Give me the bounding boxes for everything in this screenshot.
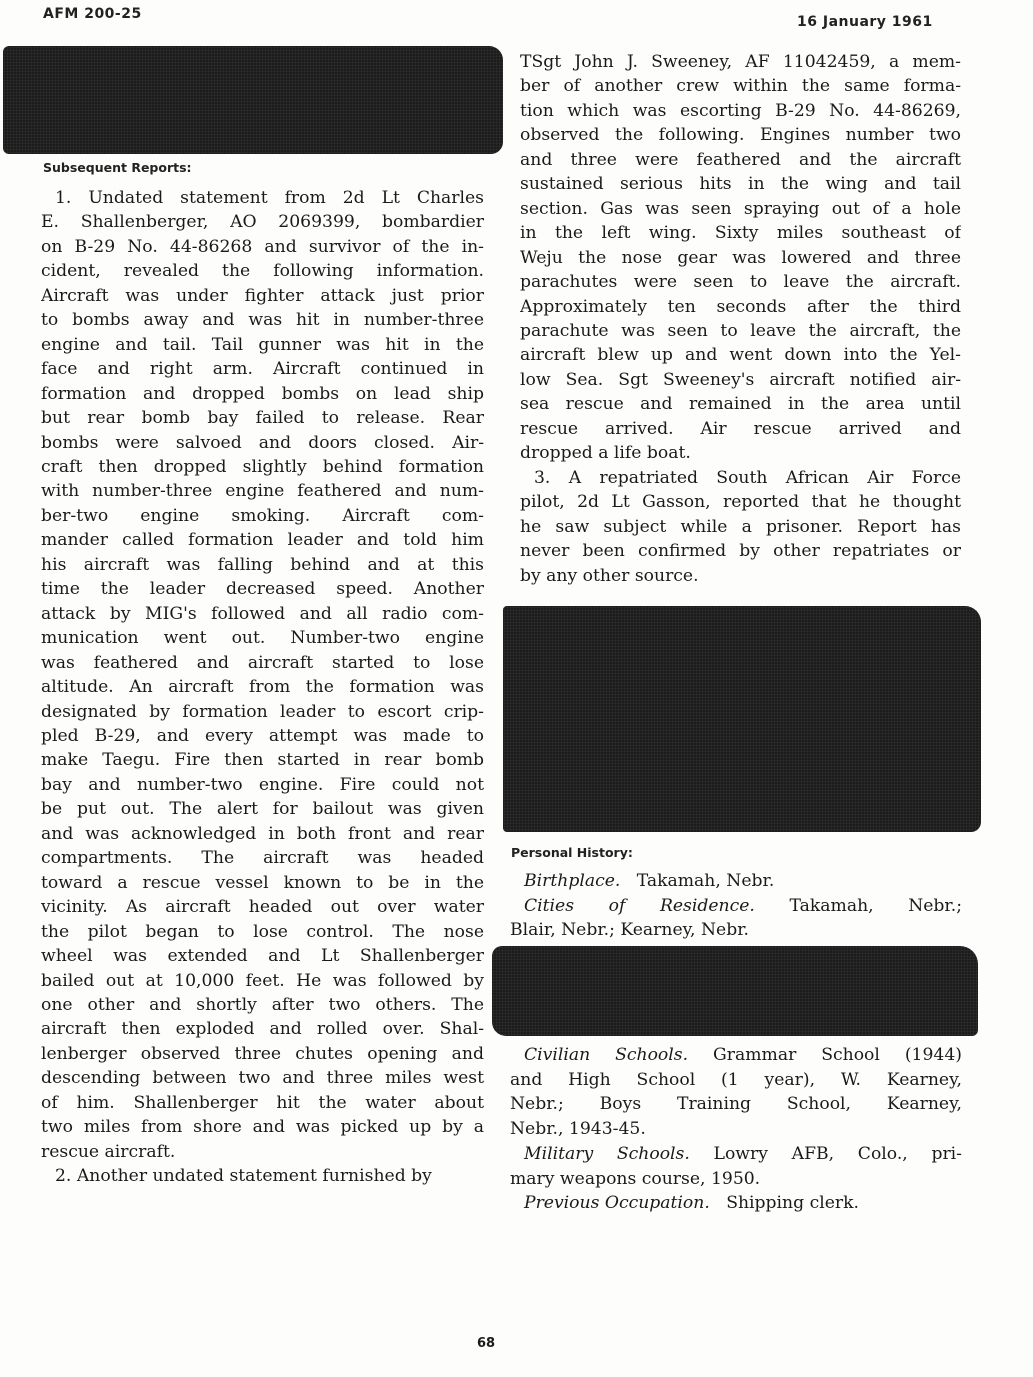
text-line: be put out. The alert for bailout was gi… bbox=[41, 797, 484, 821]
document-number: AFM 200-25 bbox=[43, 6, 142, 22]
text-line: engine and tail. Tail gunner was hit in … bbox=[41, 333, 484, 357]
text-line: of him. Shallenberger hit the water abou… bbox=[41, 1091, 484, 1115]
civilian-schools-value: Grammar School (1944) bbox=[713, 1045, 962, 1065]
occupation-label: Previous Occupation. bbox=[524, 1193, 710, 1213]
page-number: 68 bbox=[477, 1336, 495, 1351]
residence-line-2: Blair, Nebr.; Kearney, Nebr. bbox=[510, 918, 962, 943]
text-line: but rear bomb bay failed to release. Rea… bbox=[41, 406, 484, 430]
text-line: vicinity. As aircraft headed out over wa… bbox=[41, 895, 484, 919]
text-line: and was acknowledged in both front and r… bbox=[41, 822, 484, 846]
text-line: on B-29 No. 44-86268 and survivor of the… bbox=[41, 235, 484, 259]
text-line: compartments. The aircraft was headed bbox=[41, 846, 484, 870]
text-line: was feathered and aircraft started to lo… bbox=[41, 651, 484, 675]
text-line: lenberger observed three chutes opening … bbox=[41, 1042, 484, 1066]
civilian-schools-line-4: Nebr., 1943-45. bbox=[510, 1117, 962, 1142]
text-line: parachutes were seen to leave the aircra… bbox=[520, 270, 961, 294]
text-line: wheel was extended and Lt Shallenberger bbox=[41, 944, 484, 968]
text-line: bay and number-two engine. Fire could no… bbox=[41, 773, 484, 797]
text-line: section. Gas was seen spraying out of a … bbox=[520, 197, 961, 221]
personal-history-heading: Personal History: bbox=[511, 845, 633, 860]
residence-value: Takamah, Nebr.; bbox=[790, 896, 963, 916]
subsequent-reports-heading: Subsequent Reports: bbox=[43, 160, 192, 175]
text-line: ber of another crew within the same form… bbox=[520, 74, 961, 98]
text-line: face and right arm. Aircraft continued i… bbox=[41, 357, 484, 381]
text-line: aircraft blew up and went down into the … bbox=[520, 343, 961, 367]
text-line: his aircraft was falling behind and at t… bbox=[41, 553, 484, 577]
text-line: 1. Undated statement from 2d Lt Charles bbox=[41, 186, 484, 210]
text-line: he saw subject while a prisoner. Report … bbox=[520, 515, 961, 539]
text-line: TSgt John J. Sweeney, AF 11042459, a mem… bbox=[520, 50, 961, 74]
text-line: formation and dropped bombs on lead ship bbox=[41, 382, 484, 406]
text-line: designated by formation leader to escort… bbox=[41, 700, 484, 724]
text-line: the pilot began to lose control. The nos… bbox=[41, 920, 484, 944]
text-line: to bombs away and was hit in number-thre… bbox=[41, 308, 484, 332]
redaction-block-lower bbox=[492, 946, 978, 1036]
text-line: craft then dropped slightly behind forma… bbox=[41, 455, 484, 479]
military-schools-line: Military Schools. Lowry AFB, Colo., pri- bbox=[510, 1142, 962, 1167]
text-line: aircraft then exploded and rolled over. … bbox=[41, 1017, 484, 1041]
text-line: low Sea. Sgt Sweeney's aircraft notified… bbox=[520, 368, 961, 392]
text-line: E. Shallenberger, AO 2069399, bombardier bbox=[41, 210, 484, 234]
text-line: Aircraft was under fighter attack just p… bbox=[41, 284, 484, 308]
text-line: dropped a life boat. bbox=[520, 441, 961, 465]
redaction-block-middle bbox=[503, 606, 981, 832]
text-line: pilot, 2d Lt Gasson, reported that he th… bbox=[520, 490, 961, 514]
text-line: sustained serious hits in the wing and t… bbox=[520, 172, 961, 196]
text-line: time the leader decreased speed. Another bbox=[41, 577, 484, 601]
right-column: TSgt John J. Sweeney, AF 11042459, a mem… bbox=[520, 50, 961, 588]
civilian-schools-line: Civilian Schools. Grammar School (1944) bbox=[510, 1043, 962, 1068]
document-date: 16 January 1961 bbox=[797, 14, 933, 30]
text-line: mander called formation leader and told … bbox=[41, 528, 484, 552]
text-line: toward a rescue vessel known to be in th… bbox=[41, 871, 484, 895]
text-line: Weju the nose gear was lowered and three bbox=[520, 246, 961, 270]
text-line: tion which was escorting B-29 No. 44-862… bbox=[520, 99, 961, 123]
birthplace-label: Birthplace. bbox=[524, 871, 620, 891]
text-line: parachute was seen to leave the aircraft… bbox=[520, 319, 961, 343]
text-line: attack by MIG's followed and all radio c… bbox=[41, 602, 484, 626]
text-line: pled B-29, and every attempt was made to bbox=[41, 724, 484, 748]
text-line: two miles from shore and was picked up b… bbox=[41, 1115, 484, 1139]
text-line: rescue aircraft. bbox=[41, 1140, 484, 1164]
text-line: and three were feathered and the aircraf… bbox=[520, 148, 961, 172]
birthplace-line: Birthplace. Takamah, Nebr. bbox=[510, 869, 962, 894]
text-line: bombs were salvoed and doors closed. Air… bbox=[41, 431, 484, 455]
text-line: Approximately ten seconds after the thir… bbox=[520, 295, 961, 319]
text-line: rescue arrived. Air rescue arrived and bbox=[520, 417, 961, 441]
text-line: altitude. An aircraft from the formation… bbox=[41, 675, 484, 699]
civilian-schools-line-2: and High School (1 year), W. Kearney, bbox=[510, 1068, 962, 1093]
occupation-value: Shipping clerk. bbox=[726, 1193, 859, 1213]
civilian-schools-label: Civilian Schools. bbox=[524, 1045, 688, 1065]
text-line: in the left wing. Sixty miles southeast … bbox=[520, 221, 961, 245]
text-line: descending between two and three miles w… bbox=[41, 1066, 484, 1090]
text-line: make Taegu. Fire then started in rear bo… bbox=[41, 748, 484, 772]
occupation-line: Previous Occupation. Shipping clerk. bbox=[510, 1191, 962, 1216]
personal-history-bottom: Civilian Schools. Grammar School (1944) … bbox=[510, 1043, 962, 1216]
text-line: never been confirmed by other repatriate… bbox=[520, 539, 961, 563]
text-line: observed the following. Engines number t… bbox=[520, 123, 961, 147]
personal-history-top: Birthplace. Takamah, Nebr. Cities of Res… bbox=[510, 869, 962, 943]
military-schools-value: Lowry AFB, Colo., pri- bbox=[714, 1144, 962, 1164]
residence-line: Cities of Residence. Takamah, Nebr.; bbox=[510, 894, 962, 919]
text-line: munication went out. Number-two engine bbox=[41, 626, 484, 650]
left-column: 1. Undated statement from 2d Lt CharlesE… bbox=[41, 186, 484, 1189]
text-line: bailed out at 10,000 feet. He was follow… bbox=[41, 969, 484, 993]
civilian-schools-line-3: Nebr.; Boys Training School, Kearney, bbox=[510, 1092, 962, 1117]
redaction-block-top bbox=[3, 46, 503, 154]
text-line: with number-three engine feathered and n… bbox=[41, 479, 484, 503]
residence-label: Cities of Residence. bbox=[524, 896, 755, 916]
text-line: 2. Another undated statement furnished b… bbox=[41, 1164, 484, 1188]
text-line: one other and shortly after two others. … bbox=[41, 993, 484, 1017]
text-line: ber-two engine smoking. Aircraft com- bbox=[41, 504, 484, 528]
text-line: 3. A repatriated South African Air Force bbox=[520, 466, 961, 490]
birthplace-value: Takamah, Nebr. bbox=[637, 871, 775, 891]
text-line: by any other source. bbox=[520, 564, 961, 588]
text-line: sea rescue and remained in the area unti… bbox=[520, 392, 961, 416]
military-schools-label: Military Schools. bbox=[524, 1144, 690, 1164]
military-schools-line-2: mary weapons course, 1950. bbox=[510, 1167, 962, 1192]
text-line: cident, revealed the following informati… bbox=[41, 259, 484, 283]
